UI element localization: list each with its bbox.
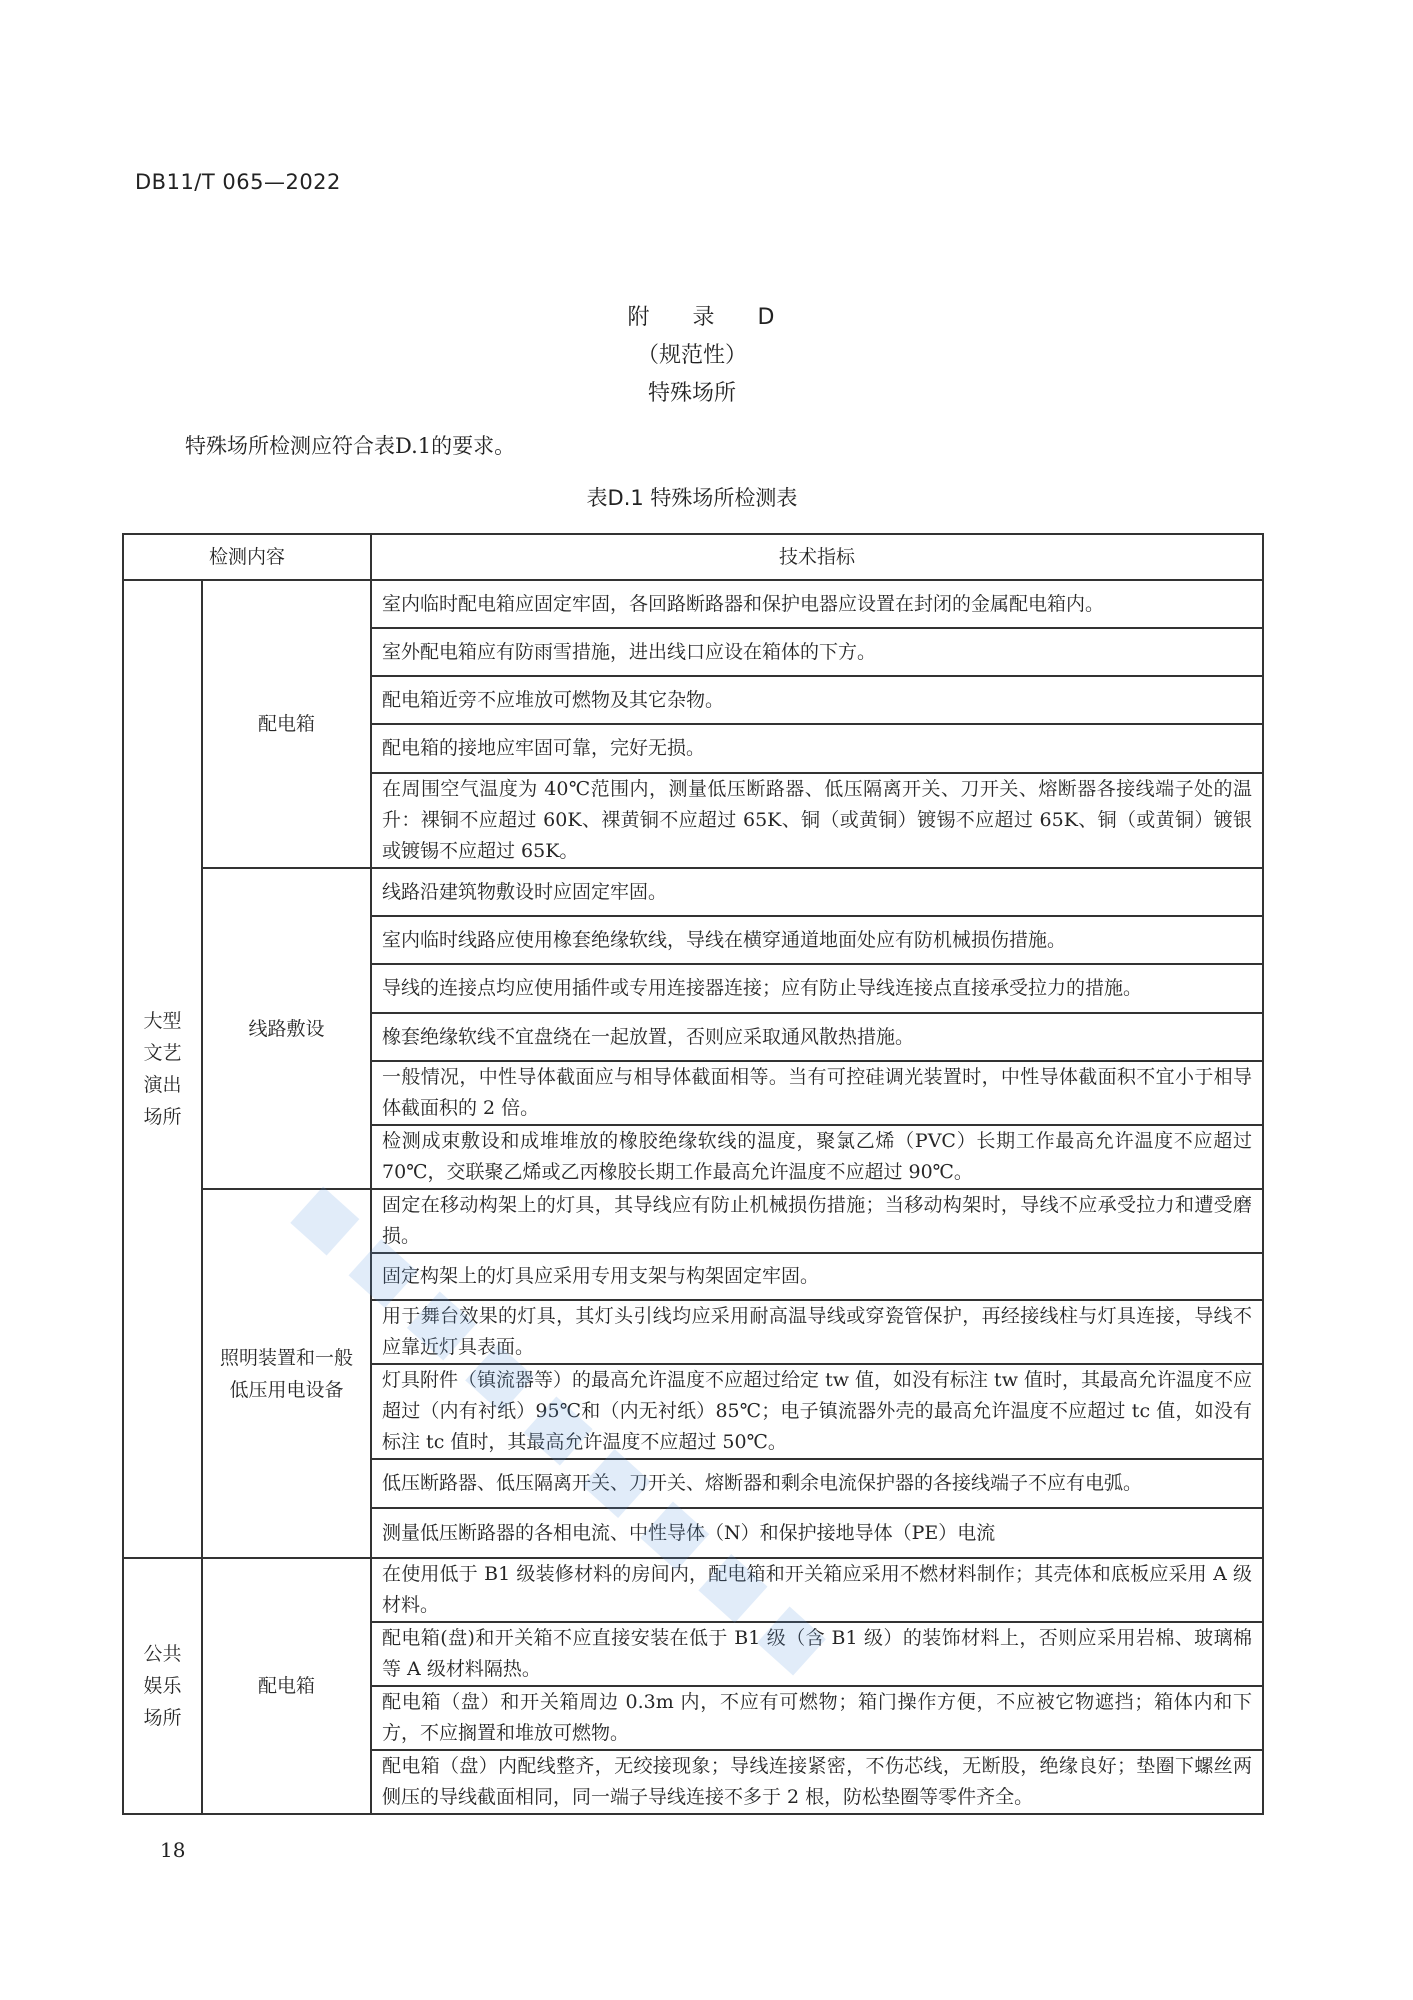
category-line: 娱乐 [143, 1675, 181, 1697]
table-row: 大型 文艺 演出 场所 配电箱 室内临时配电箱应固定牢固，各回路断路器和保护电器… [123, 580, 1263, 628]
requirement-cell: 在周围空气温度为 40℃范围内，测量低压断路器、低压隔离开关、刀开关、熔断器各接… [371, 773, 1263, 868]
category-line: 公共 [143, 1643, 181, 1665]
requirement-cell: 配电箱（盘）内配线整齐，无绞接现象；导线连接紧密，不伤芯线，无断股，绝缘良好；垫… [371, 1750, 1263, 1814]
requirement-cell: 配电箱(盘)和开关箱不应直接安装在低于 B1 级（含 B1 级）的装饰材料上，否… [371, 1622, 1263, 1686]
requirement-cell: 一般情况，中性导体截面应与相导体截面相等。当有可控硅调光装置时，中性导体截面积不… [371, 1061, 1263, 1125]
requirement-cell: 线路沿建筑物敷设时应固定牢固。 [371, 868, 1263, 916]
requirement-cell: 灯具附件（镇流器等）的最高允许温度不应超过给定 tw 值，如没有标注 tw 值时… [371, 1364, 1263, 1459]
requirement-cell: 固定在移动构架上的灯具，其导线应有防止机械损伤措施；当移动构架时，导线不应承受拉… [371, 1189, 1263, 1253]
table-row: 照明装置和一般低压用电设备 固定在移动构架上的灯具，其导线应有防止机械损伤措施；… [123, 1189, 1263, 1253]
page-number: 18 [160, 1838, 185, 1862]
requirement-cell: 导线的连接点均应使用插件或专用连接器连接；应有防止导线连接点直接承受拉力的措施。 [371, 964, 1263, 1013]
category-line: 演出 [143, 1074, 181, 1096]
requirement-cell: 在使用低于 B1 级装修材料的房间内，配电箱和开关箱应采用不燃材料制作；其壳体和… [371, 1558, 1263, 1622]
appendix-title: 附 录 D [0, 300, 1402, 331]
requirement-cell: 固定构架上的灯具应采用专用支架与构架固定牢固。 [371, 1253, 1263, 1300]
requirement-cell: 配电箱近旁不应堆放可燃物及其它杂物。 [371, 676, 1263, 724]
requirement-cell: 配电箱（盘）和开关箱周边 0.3m 内，不应有可燃物；箱门操作方便，不应被它物遮… [371, 1686, 1263, 1750]
category-line: 场所 [143, 1707, 181, 1729]
requirement-cell: 配电箱的接地应牢固可靠，完好无损。 [371, 724, 1263, 773]
requirement-cell: 室外配电箱应有防雨雪措施，进出线口应设在箱体的下方。 [371, 628, 1263, 676]
special-venues-inspection-table: 检测内容 技术指标 大型 文艺 演出 场所 配电箱 室内临时配电箱应固定牢固，各… [122, 533, 1264, 1815]
header-technical-indicator: 技术指标 [371, 534, 1263, 580]
standard-code: DB11/T 065—2022 [135, 170, 341, 194]
appendix-name: 特殊场所 [0, 376, 1384, 407]
subcategory-cell: 线路敷设 [202, 868, 371, 1189]
category-line: 大型 [143, 1010, 181, 1032]
requirement-cell: 测量低压断路器的各相电流、中性导体（N）和保护接地导体（PE）电流 [371, 1508, 1263, 1558]
table-header-row: 检测内容 技术指标 [123, 534, 1263, 580]
requirement-cell: 低压断路器、低压隔离开关、刀开关、熔断器和剩余电流保护器的各接线端子不应有电弧。 [371, 1459, 1263, 1508]
category-line: 文艺 [143, 1042, 181, 1064]
category-cell: 公共 娱乐 场所 [123, 1558, 202, 1814]
appendix-type: （规范性） [0, 338, 1384, 369]
subcategory-cell: 配电箱 [202, 1558, 371, 1814]
subcategory-cell: 照明装置和一般低压用电设备 [202, 1189, 371, 1558]
requirement-cell: 检测成束敷设和成堆堆放的橡胶绝缘软线的温度，聚氯乙烯（PVC）长期工作最高允许温… [371, 1125, 1263, 1189]
table-row: 公共 娱乐 场所 配电箱 在使用低于 B1 级装修材料的房间内，配电箱和开关箱应… [123, 1558, 1263, 1622]
table-row: 线路敷设 线路沿建筑物敷设时应固定牢固。 [123, 868, 1263, 916]
category-cell: 大型 文艺 演出 场所 [123, 580, 202, 1558]
table-title: 表D.1 特殊场所检测表 [0, 482, 1384, 512]
requirement-cell: 用于舞台效果的灯具，其灯头引线均应采用耐高温导线或穿瓷管保护，再经接线柱与灯具连… [371, 1300, 1263, 1364]
header-inspection-content: 检测内容 [123, 534, 371, 580]
requirement-cell: 室内临时配电箱应固定牢固，各回路断路器和保护电器应设置在封闭的金属配电箱内。 [371, 580, 1263, 628]
requirement-cell: 室内临时线路应使用橡套绝缘软线，导线在横穿通道地面处应有防机械损伤措施。 [371, 916, 1263, 964]
category-line: 场所 [143, 1106, 181, 1128]
subcategory-cell: 配电箱 [202, 580, 371, 868]
requirement-cell: 橡套绝缘软线不宜盘绕在一起放置，否则应采取通风散热措施。 [371, 1013, 1263, 1061]
intro-paragraph: 特殊场所检测应符合表D.1的要求。 [185, 430, 515, 460]
